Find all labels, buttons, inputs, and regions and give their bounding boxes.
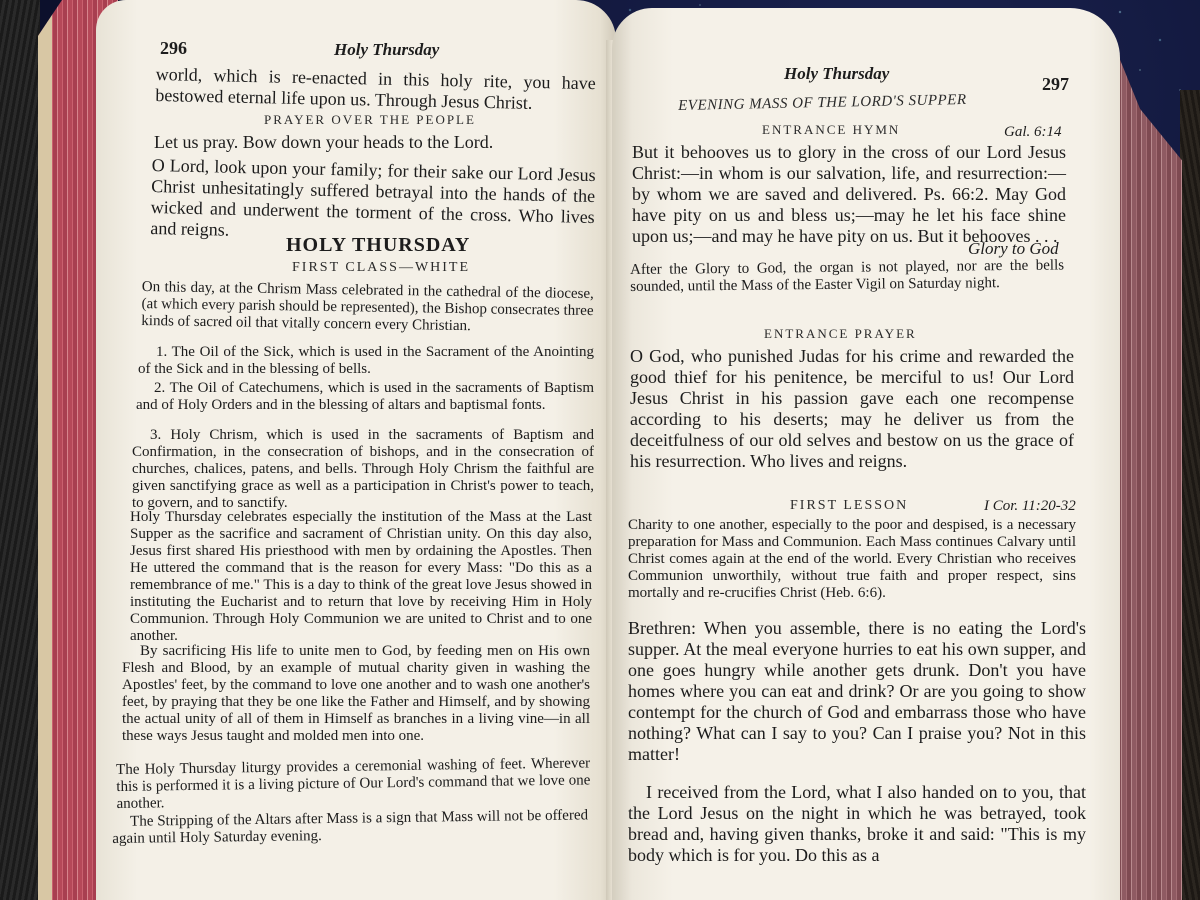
- continuation-text: world, which is re-enacted in this holy …: [155, 64, 596, 115]
- paragraph-stripping-altars: The Stripping of the Altars after Mass i…: [112, 807, 588, 848]
- running-head: Holy Thursday: [784, 64, 889, 84]
- paragraph-institution: Holy Thursday celebrates especially the …: [130, 509, 592, 645]
- entrance-hymn-text: But it behooves us to glory in the cross…: [632, 142, 1066, 247]
- oil-item-3: 3. Holy Chrism, which is used in the sac…: [132, 427, 594, 512]
- chrism-mass-intro: On this day, at the Chrism Mass celebrat…: [141, 279, 594, 337]
- paragraph-unity: By sacrificing His life to unite men to …: [122, 643, 590, 745]
- book-cover-right: [1180, 90, 1200, 900]
- scripture-reference: Gal. 6:14: [1004, 124, 1062, 141]
- right-page: Holy Thursday 297 EVENING MASS OF THE LO…: [612, 8, 1120, 900]
- section-heading-entrance-prayer: ENTRANCE PRAYER: [764, 326, 917, 342]
- red-page-edges-right: [1112, 40, 1182, 900]
- page-number: 296: [160, 38, 187, 59]
- oil-item-2: 2. The Oil of Catechumens, which is used…: [136, 380, 594, 414]
- page-number: 297: [1042, 74, 1069, 95]
- section-heading-prayer-over-people: PRAYER OVER THE PEOPLE: [264, 112, 476, 128]
- lesson-reading-2: I received from the Lord, what I also ha…: [628, 782, 1086, 866]
- section-heading-first-lesson: FIRST LESSON: [790, 498, 908, 514]
- lesson-intro: Charity to one another, especially to th…: [628, 517, 1076, 602]
- entrance-prayer-text: O God, who punished Judas for his crime …: [630, 346, 1074, 472]
- running-head: Holy Thursday: [334, 40, 439, 60]
- lesson-reference: I Cor. 11:20-32: [984, 498, 1076, 515]
- rubric-text: After the Glory to God, the organ is not…: [630, 257, 1064, 296]
- day-subtitle: FIRST CLASS—WHITE: [292, 260, 470, 276]
- mass-title: EVENING MASS OF THE LORD'S SUPPER: [678, 92, 967, 115]
- cue-glory-to-god: Glory to God: [968, 239, 1059, 259]
- left-page: 296 Holy Thursday world, which is re-ena…: [96, 0, 616, 900]
- lesson-reading-1: Brethren: When you assemble, there is no…: [628, 618, 1086, 765]
- section-heading-entrance-hymn: ENTRANCE HYMN: [762, 122, 900, 138]
- oil-item-1: 1. The Oil of the Sick, which is used in…: [138, 344, 594, 378]
- prayer-invitation: Let us pray. Bow down your heads to the …: [154, 132, 594, 153]
- day-title: HOLY THURSDAY: [286, 234, 470, 257]
- book-cover-left: [0, 0, 40, 900]
- paragraph-washing-of-feet: The Holy Thursday liturgy provides a cer…: [116, 755, 591, 813]
